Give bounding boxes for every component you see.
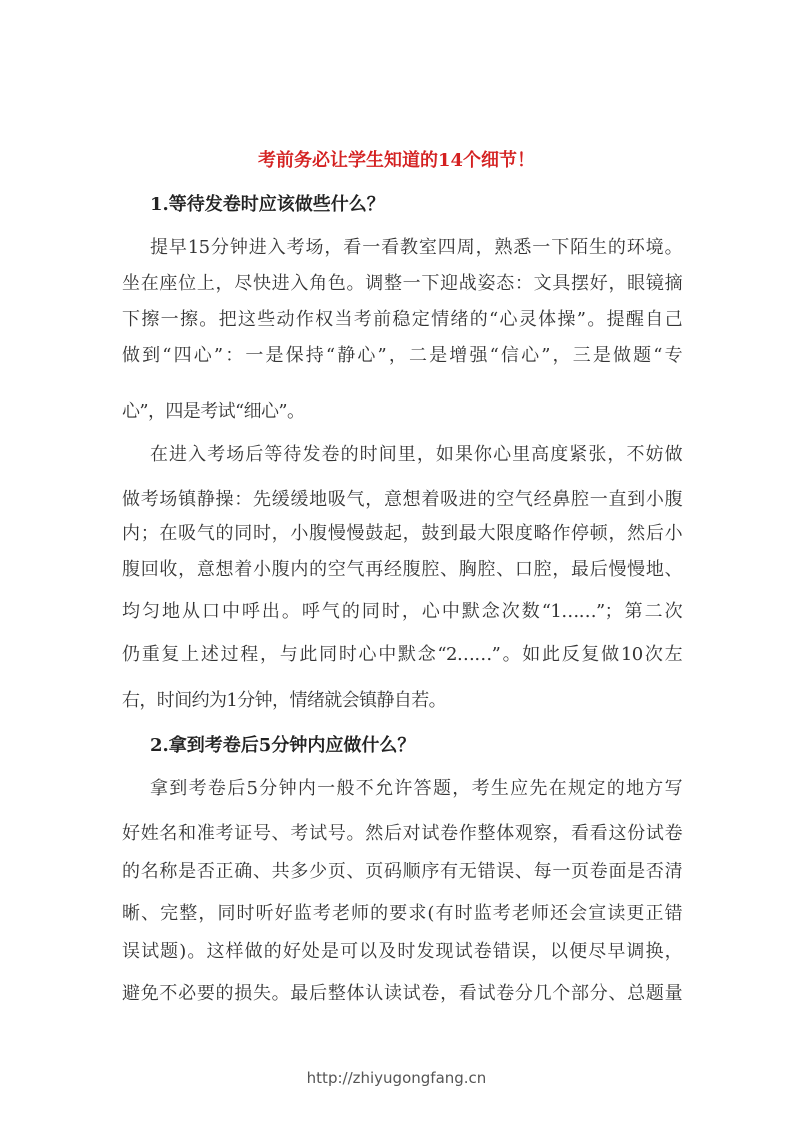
- document-title: 考前务必让学生知道的14个细节！: [0, 146, 793, 172]
- text-line: 下擦一擦。把这些动作权当考前稳定情绪的“心灵体操”。提醒自己: [122, 305, 682, 331]
- text-line: 的名称是否正确、共多少页、页码顺序有无错误、每一页卷面是否清: [122, 857, 682, 883]
- footer-url: http://zhiyugongfang.cn: [0, 1069, 793, 1087]
- text-line: 坐在座位上，尽快进入角色。调整一下迎战姿态：文具摆好，眼镜摘: [122, 269, 682, 295]
- text-line: 避免不必要的损失。最后整体认读试卷，看试卷分几个部分、总题量: [122, 979, 682, 1005]
- text-line: 做考场镇静操：先缓缓地吸气，意想着吸进的空气经鼻腔一直到小腹: [122, 485, 682, 511]
- text-line: 腹回收，意想着小腹内的空气再经腹腔、胸腔、口腔，最后慢慢地、: [122, 555, 682, 581]
- text-line: 右，时间约为1分钟，情绪就会镇静自若。: [122, 686, 682, 712]
- section-heading-2: 2.拿到考卷后5分钟内应做什么？: [150, 731, 415, 757]
- text-line: 内；在吸气的同时，小腹慢慢鼓起，鼓到最大限度略作停顿，然后小: [122, 519, 682, 545]
- text-line: 均匀地从口中呼出。呼气的同时，心中默念次数“1……”；第二次: [122, 597, 682, 623]
- text-line: 仍重复上述过程，与此同时心中默念“2……”。如此反复做10次左: [122, 640, 682, 666]
- text-line: 好姓名和准考证号、考试号。然后对试卷作整体观察，看看这份试卷: [122, 819, 682, 845]
- text-line: 做到“四心”：一是保持“静心”，二是增强“信心”，三是做题“专: [122, 341, 682, 367]
- text-line: 在进入考场后等待发卷的时间里，如果你心里高度紧张，不妨做: [150, 440, 682, 466]
- text-line: 误试题)。这样做的好处是可以及时发现试卷错误，以便尽早调换，: [122, 937, 682, 963]
- text-line: 提早15分钟进入考场，看一看教室四周，熟悉一下陌生的环境。: [150, 233, 682, 259]
- text-line: 心”，四是考试“细心”。: [122, 397, 682, 423]
- text-line: 拿到考卷后5分钟内一般不允许答题，考生应先在规定的地方写: [150, 774, 682, 800]
- text-line: 晰、完整，同时听好监考老师的要求(有时监考老师还会宣读更正错: [122, 899, 682, 925]
- section-heading-1: 1.等待发卷时应该做些什么？: [150, 190, 385, 216]
